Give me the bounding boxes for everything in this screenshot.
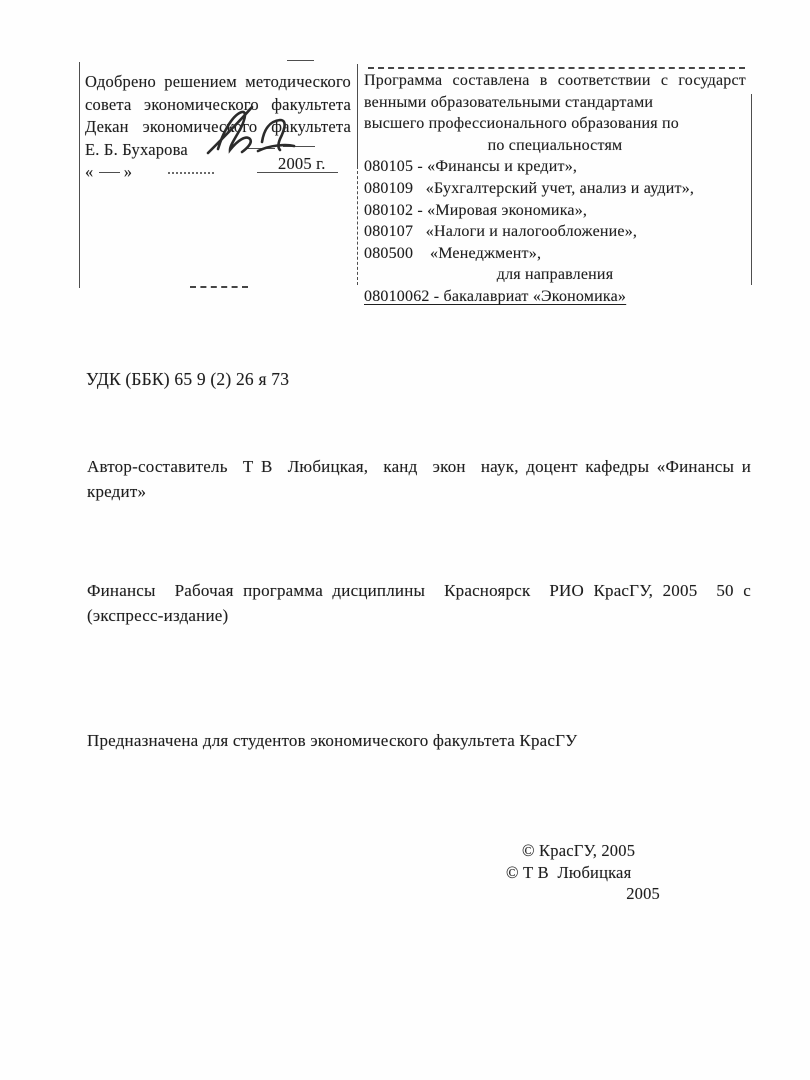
publication-line: (экспресс-издание) xyxy=(87,603,751,628)
standards-line: венными образовательными стандартами xyxy=(364,92,746,114)
table-middle-border xyxy=(357,64,358,166)
date-day-blank-line xyxy=(99,172,120,173)
standards-line: высшего профессионального образования по xyxy=(364,113,746,135)
specialty-item: 080107 «Налоги и налогообложение», xyxy=(364,221,746,243)
specialty-item: 080102 - «Мировая экономика», xyxy=(364,200,746,222)
author-line: Автор-составитель Т В Любицкая, канд эко… xyxy=(87,454,751,479)
table-right-border xyxy=(751,94,752,285)
specialty-item: 080500 «Менеджмент», xyxy=(364,243,746,265)
table-bottom-rule-fragment xyxy=(190,286,248,288)
author-paragraph: Автор-составитель Т В Любицкая, канд эко… xyxy=(87,454,751,504)
year-underline xyxy=(257,172,338,173)
author-line: кредит» xyxy=(87,479,751,504)
copyright-author: © Т В Любицкая xyxy=(506,862,660,884)
approval-line: Одобрено решением методического xyxy=(85,71,351,94)
copyright-year: 2005 xyxy=(506,883,660,905)
scanned-document-page: Одобрено решением методического совета э… xyxy=(0,0,810,1080)
publication-line: Финансы Рабочая программа дисциплины Кра… xyxy=(87,578,751,603)
copyright-university: © КрасГУ, 2005 xyxy=(506,840,660,862)
table-left-border xyxy=(79,62,80,288)
handwritten-signature-icon xyxy=(190,101,310,159)
publication-paragraph: Финансы Рабочая программа дисциплины Кра… xyxy=(87,578,751,628)
table-top-rule-left-fragment xyxy=(287,60,314,61)
copyright-block: © КрасГУ, 2005 © Т В Любицкая 2005 xyxy=(506,840,660,905)
direction-heading: для направления xyxy=(364,264,746,286)
standards-line: Программа составлена в соответствии с го… xyxy=(364,70,746,92)
date-month-dotted-line xyxy=(168,172,214,174)
approval-right-cell: Программа составлена в соответствии с го… xyxy=(364,70,746,308)
table-top-rule-right xyxy=(368,67,745,69)
bachelor-direction-line: 08010062 - бакалавриат «Экономика» xyxy=(364,286,746,308)
table-middle-border-lower xyxy=(357,166,358,285)
specialty-item: 080105 - «Финансы и кредит», xyxy=(364,156,746,178)
specialty-item: 080109 «Бухгалтерский учет, анализ и ауд… xyxy=(364,178,746,200)
specialties-heading: по специальностям xyxy=(364,135,746,157)
udk-bbk-code: УДК (ББК) 65 9 (2) 26 я 73 xyxy=(86,369,289,390)
audience-line: Предназначена для студентов экономическо… xyxy=(87,731,577,751)
